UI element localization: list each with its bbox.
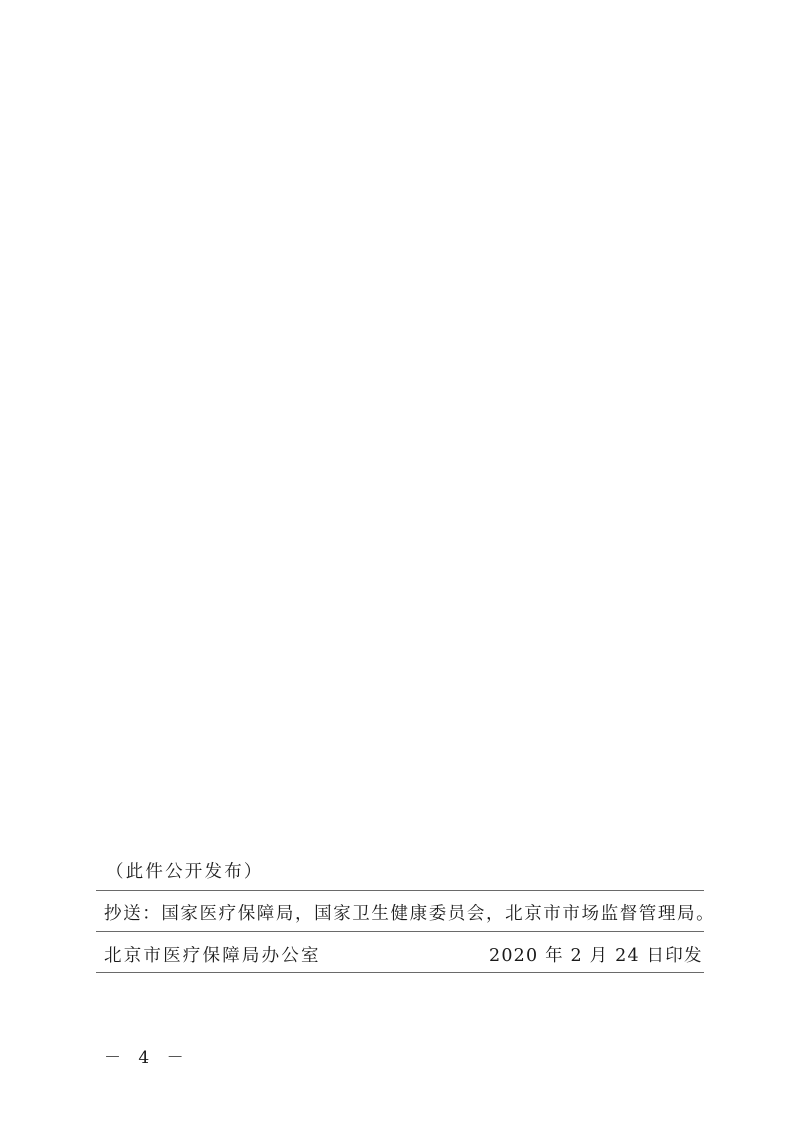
cc-line: 抄送：国家医疗保障局，国家卫生健康委员会，北京市市场监督管理局。	[104, 904, 715, 924]
rule-line-bottom	[96, 972, 704, 973]
issuing-office: 北京市医疗保障局办公室	[104, 946, 321, 966]
cc-label: 抄送：	[104, 904, 161, 924]
rule-line-middle	[96, 931, 704, 932]
issue-date: 2020 年 2 月 24 日印发	[489, 946, 703, 966]
page-number: － 4 －	[104, 1043, 190, 1068]
publication-note: （此件公开发布）	[106, 862, 264, 882]
cc-recipients: 国家医疗保障局，国家卫生健康委员会，北京市市场监督管理局。	[161, 904, 715, 924]
rule-line-top	[96, 890, 704, 891]
